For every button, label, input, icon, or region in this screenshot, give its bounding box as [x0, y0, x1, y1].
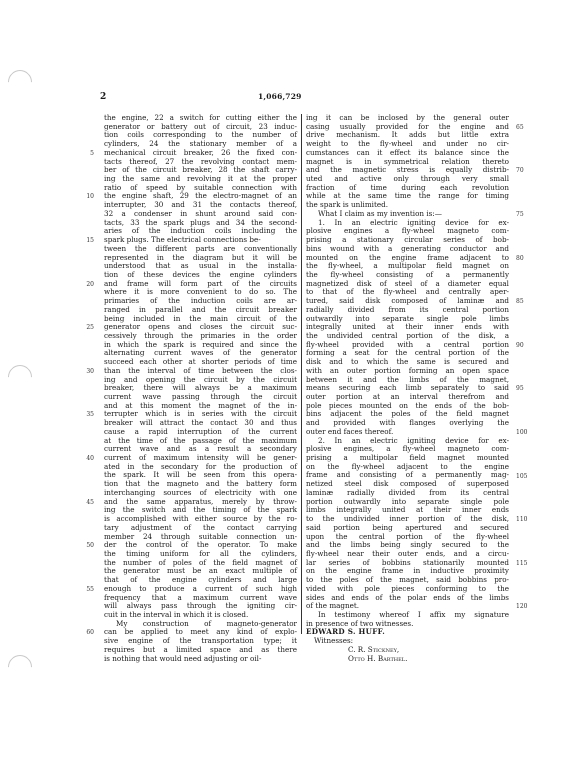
- line-number: 80: [516, 255, 524, 262]
- line-number: 50: [74, 542, 94, 549]
- right-text-column: ing it can be inclosed by the general ou…: [306, 114, 509, 663]
- line-number: 105: [516, 473, 527, 480]
- line-number: 45: [74, 499, 94, 506]
- line-number: 30: [74, 368, 94, 375]
- line-number: 10: [74, 193, 94, 200]
- line-number: 55: [74, 586, 94, 593]
- witnesses-label: Witnesses:: [306, 637, 509, 646]
- punch-hole-top: [3, 65, 37, 99]
- punch-hole-bottom: [3, 650, 37, 684]
- line-number: 85: [516, 298, 524, 305]
- patent-number: 1,066,729: [258, 92, 302, 101]
- line-number: 75: [516, 211, 524, 218]
- line-number: 15: [74, 237, 94, 244]
- line-number: 95: [516, 385, 524, 392]
- column-divider: [301, 114, 302, 634]
- page-number: 2: [100, 92, 106, 102]
- line-number: 5: [74, 150, 94, 157]
- line-number: 25: [74, 324, 94, 331]
- line-number: 110: [516, 516, 527, 523]
- witness-name: C. R. Stickney,: [306, 646, 509, 655]
- line-number: 115: [516, 560, 527, 567]
- line-number: 120: [516, 603, 527, 610]
- punch-hole-middle: [3, 360, 37, 394]
- left-text-column: the engine, 22 a switch for cutting eith…: [104, 114, 297, 663]
- text-line: is nothing that would need adjusting or …: [104, 655, 297, 664]
- line-number: 35: [74, 411, 94, 418]
- witness-name: Otto H. Barthel.: [306, 655, 509, 664]
- line-number: 100: [516, 429, 527, 436]
- line-number: 20: [74, 281, 94, 288]
- line-number: 90: [516, 342, 524, 349]
- line-number: 70: [516, 167, 524, 174]
- line-number: 65: [516, 124, 524, 131]
- line-number: 60: [74, 629, 94, 636]
- line-number: 40: [74, 455, 94, 462]
